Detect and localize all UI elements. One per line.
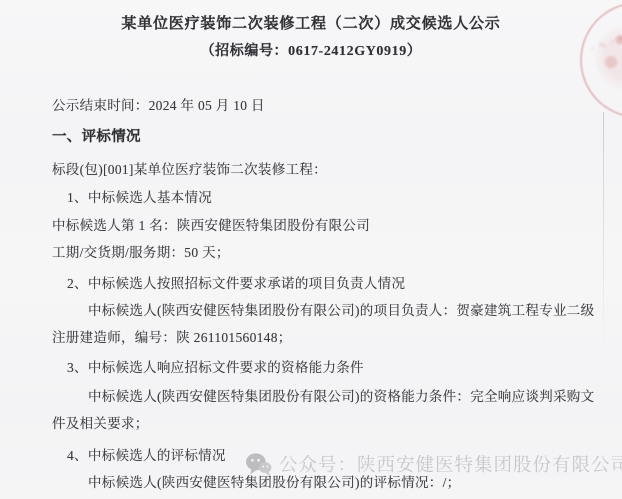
doc-line-qualification-cont: 件及相关要求； (52, 415, 149, 433)
doc-line-duration: 工期/交货期/服务期：50 天； (52, 244, 230, 262)
document-title: 某单位医疗装饰二次装修工程（二次）成交候选人公示 (0, 12, 622, 33)
publicity-end-line: 公示结束时间：2024 年 05 月 10 日 (52, 97, 265, 115)
watermark-text: 公众号：陕西安健医特集团股份有限公司 (279, 451, 622, 477)
doc-line-section-lot: 标段(包)[001]某单位医疗装饰二次装修工程： (52, 161, 327, 179)
section-heading: 一、评标情况 (52, 128, 141, 146)
scanned-document-page: 某单位医疗装饰二次装修工程（二次）成交候选人公示 （招标编号：0617-2412… (0, 0, 622, 499)
doc-line-project-manager: 中标候选人(陕西安健医特集团股份有限公司)的项目负责人：贺豪建筑工程专业二级 (88, 302, 594, 320)
doc-line-item4: 4、中标候选人的评标情况 (67, 447, 226, 465)
doc-line-item1: 1、中标候选人基本情况 (67, 189, 212, 207)
doc-line-candidate-name: 中标候选人第 1 名：陕西安健医特集团股份有限公司 (52, 217, 370, 235)
wechat-watermark: 公众号：陕西安健医特集团股份有限公司 (245, 451, 622, 477)
wechat-icon (245, 452, 272, 477)
seal-illegible-marks: ◦ ∿ ◦ ∿ (589, 32, 622, 55)
doc-line-item3: 3、中标候选人响应招标文件要求的资格能力条件 (67, 359, 364, 377)
bid-number-line: （招标编号：0617-2412GY0919） (0, 40, 622, 60)
scan-crease-line (603, 112, 604, 354)
doc-line-license-number: 注册建造师，编号：陕 261101560148； (52, 329, 292, 347)
doc-line-qualification: 中标候选人(陕西安健医特集团股份有限公司)的资格能力条件：完全响应谈判采购文 (88, 388, 594, 406)
doc-line-item2: 2、中标候选人按照招标文件要求承诺的项目负责人情况 (67, 275, 405, 293)
